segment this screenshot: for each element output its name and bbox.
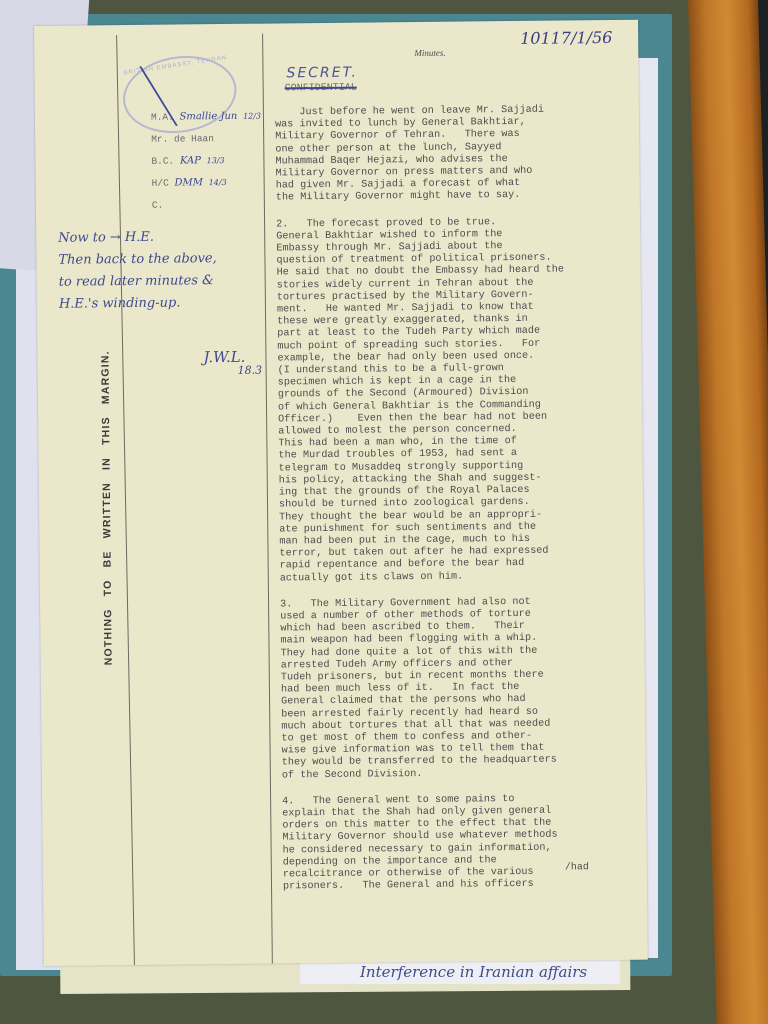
paragraph-1: Just before he went on leave Mr. Sajjadi…	[275, 104, 646, 205]
form-title: Minutes.	[414, 48, 445, 58]
underlying-handwritten-note: Interference in Iranian affairs	[300, 960, 620, 984]
note-line: Now to → H.E.	[58, 225, 288, 249]
distribution-label: Mr. de Haan	[151, 133, 214, 145]
margin-rule	[116, 35, 135, 965]
handwritten-note: Now to → H.E. Then back to the above, to…	[58, 225, 289, 315]
file-reference: 10117/1/56	[520, 28, 612, 48]
distribution-label: C.	[152, 200, 164, 211]
distribution-entry: C.	[152, 194, 262, 217]
minute-body: Just before he went on leave Mr. Sajjadi…	[275, 104, 653, 908]
distribution-initials: KAP	[180, 155, 201, 166]
paragraph-2: 2. The forecast proved to be true. Gener…	[276, 215, 650, 585]
wooden-frame	[688, 0, 768, 1024]
distribution-entry: M.A. Smallie Jun 12/3	[151, 106, 261, 129]
note-line: to read later minutes &	[59, 269, 289, 293]
distribution-initials: DMM	[174, 177, 203, 188]
distribution-label: B.C.	[151, 156, 174, 167]
distribution-date: 12/3	[243, 112, 261, 121]
distribution-entry: H/C DMM 14/3	[152, 172, 262, 195]
distribution-date: 13/3	[207, 156, 225, 165]
classification-secret: SECRET.	[286, 65, 358, 82]
minute-sheet: NOTHING TO BE WRITTEN IN THIS MARGIN. BR…	[34, 20, 648, 966]
continuation-catchword: /had	[565, 862, 589, 873]
distribution-label: M.A.	[151, 112, 174, 123]
distribution-entry: Mr. de Haan	[151, 128, 261, 151]
note-line: Then back to the above,	[58, 247, 288, 271]
distribution-initials: Smallie Jun	[179, 111, 237, 123]
distribution-label: H/C	[152, 178, 169, 189]
classification-struck: CONFIDENTIAL	[285, 83, 357, 95]
note-line: H.E.'s winding-up.	[59, 291, 289, 315]
signature-date: 18.3	[238, 364, 263, 377]
margin-notice: NOTHING TO BE WRITTEN IN THIS MARGIN.	[99, 350, 114, 665]
paragraph-3: 3. The Military Government had also not …	[280, 595, 652, 782]
paragraph-4: 4. The General went to some pains to exp…	[282, 792, 653, 893]
distribution-entry: B.C. KAP 13/3	[151, 150, 261, 173]
margin-rule	[262, 34, 273, 964]
distribution-list: M.A. Smallie Jun 12/3 Mr. de Haan B.C. K…	[151, 106, 262, 217]
distribution-date: 14/3	[209, 178, 227, 187]
